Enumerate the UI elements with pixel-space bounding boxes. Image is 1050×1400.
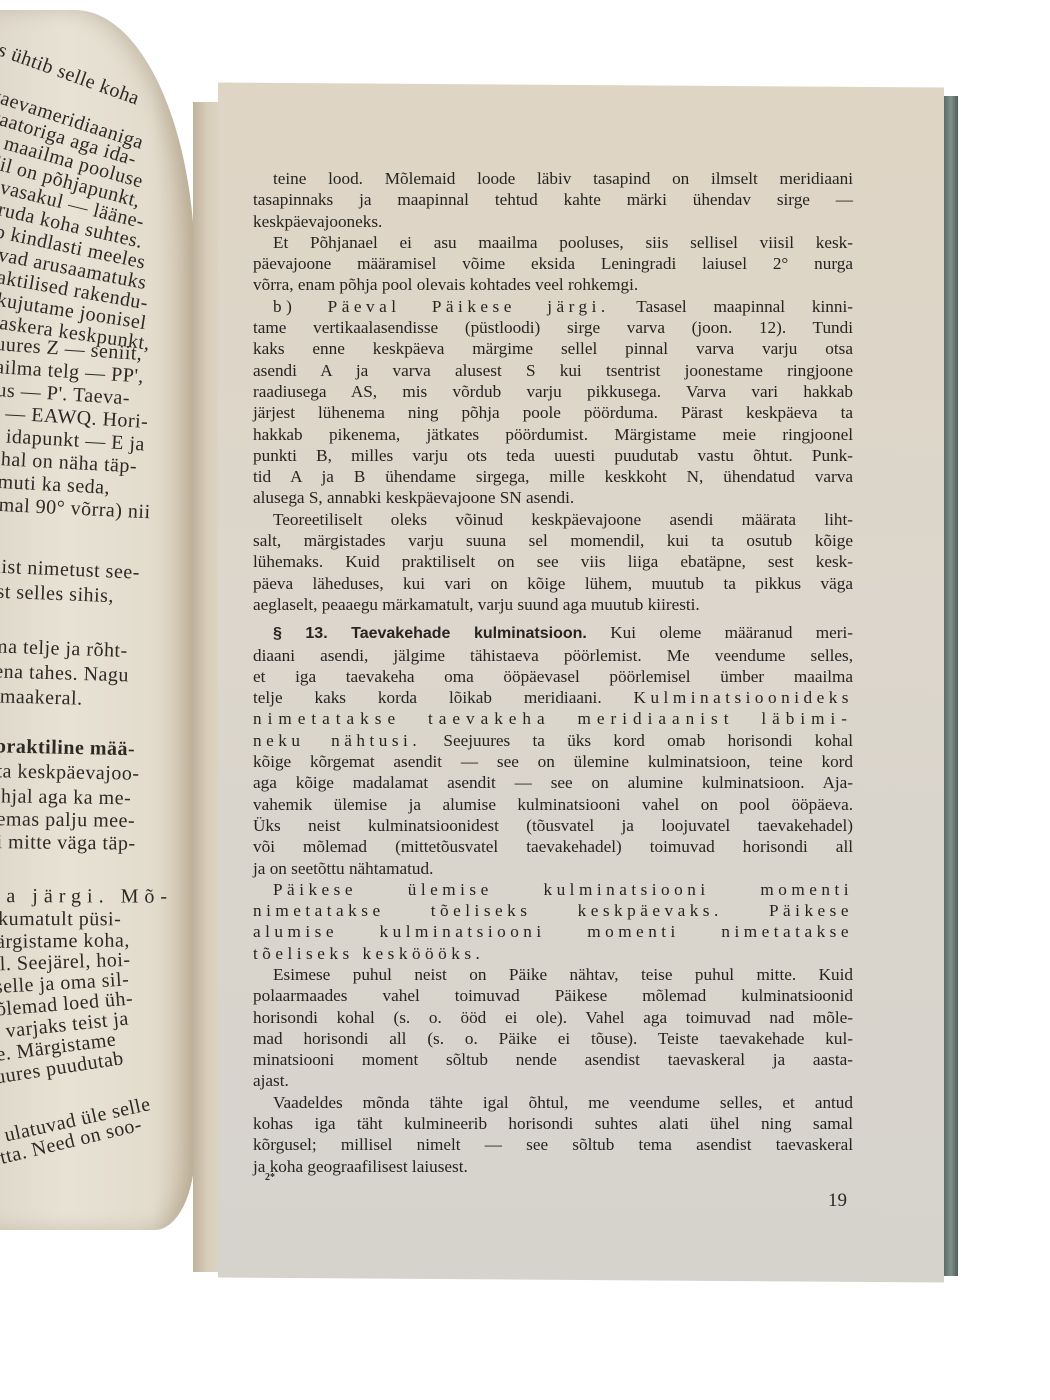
text-line: vahemik ülemise ja alumise kulminatsioon… bbox=[253, 794, 853, 815]
line-text: asendi A ja varva alusest S kui tsentris… bbox=[253, 361, 853, 380]
text-line: võrra, enam põhja pool olevais kohtades … bbox=[253, 274, 853, 295]
book-gutter bbox=[193, 102, 221, 1272]
text-line: järjest lühenema ning põhja poole pöördu… bbox=[253, 402, 853, 423]
text-line: kaks enne keskpäeva märgime sellel pinna… bbox=[253, 338, 853, 359]
text-line: b) Päeval Päikese järgi. Tasasel maapinn… bbox=[253, 296, 853, 317]
left-page-line: ellist nimetust see- bbox=[0, 555, 140, 585]
line-text: Päikese ülemise kulminatsiooni momenti bbox=[273, 880, 853, 899]
subheading-spaced: b) Päeval Päikese järgi. bbox=[273, 297, 610, 316]
left-page-line: rata keskpäevajoo- bbox=[0, 760, 140, 786]
line-text: päeva läheduses, kui vari on kõige lühem… bbox=[253, 574, 853, 593]
section-heading: § 13. Taevakehade kulminatsioon. bbox=[273, 625, 587, 642]
line-text: raadiusega AS, mis võrdub varju pikkuseg… bbox=[253, 382, 853, 401]
text-line: polaarmaades vahel toimuvad Päikese mõle… bbox=[253, 985, 853, 1006]
line-text: Kui oleme määranud meri- bbox=[587, 623, 853, 642]
line-text: tõeliseks kesköööks. bbox=[253, 944, 484, 963]
line-text: nimetatakse tõeliseks keskpäevaks. Päike… bbox=[253, 901, 853, 920]
text-line: ja on seetõttu nähtamatud. bbox=[253, 858, 853, 879]
text-line: Et Põhjanael ei asu maailma pooluses, si… bbox=[253, 232, 853, 253]
line-text: vahemik ülemise ja alumise kulminatsioon… bbox=[253, 795, 853, 814]
emphasis-spaced: Kulminatsioonideks bbox=[634, 688, 853, 707]
text-line: diaani asendi, jälgime tähistaeva pöörle… bbox=[253, 645, 853, 666]
line-text: võrra, enam põhja pool olevais kohtades … bbox=[253, 275, 638, 294]
text-line: § 13. Taevakehade kulminatsioon. Kui ole… bbox=[253, 622, 853, 644]
line-text: aeglaselt, peaaegu märkamatult, varju su… bbox=[253, 595, 700, 614]
left-page-line: olemas palju mee- bbox=[0, 808, 135, 833]
text-line: alusega S, annabki keskpäevajoone SN ase… bbox=[253, 487, 853, 508]
line-text: järjest lühenema ning põhja poole pöördu… bbox=[253, 403, 853, 422]
left-page-line: liikumatult püsi- bbox=[0, 908, 121, 931]
text-line: lühemaks. Kuid praktiliselt on see viis … bbox=[253, 551, 853, 572]
line-text: kõige kõrgemat asendit — see on ülemine … bbox=[253, 752, 853, 771]
line-text: nimetatakse taevakeha meridiaanist läbim… bbox=[253, 709, 853, 728]
text-line: keskpäevajooneks. bbox=[253, 211, 853, 232]
text-line: või mõlemad (mittetõusvatel taevakehadel… bbox=[253, 836, 853, 857]
line-text: punkti B, milles varju ots teda uuesti p… bbox=[253, 446, 853, 465]
line-text: kohas iga täht kulmineerib horisondi suh… bbox=[253, 1114, 853, 1133]
left-page-line: ilma telje ja rõht- bbox=[0, 635, 128, 663]
line-text: Et Põhjanael ei asu maailma pooluses, si… bbox=[273, 233, 853, 252]
text-line: Teoreetiliselt oleks võinud keskpäevajoo… bbox=[253, 509, 853, 530]
line-text: telje kaks korda lõikab meridiaani. bbox=[253, 688, 634, 707]
text-line: nimetatakse tõeliseks keskpäevaks. Päike… bbox=[253, 900, 853, 921]
line-text: keskpäevajooneks. bbox=[253, 212, 382, 231]
text-line: punkti B, milles varju ots teda uuesti p… bbox=[253, 445, 853, 466]
line-text: ja koha geograafilisest laiusest. bbox=[253, 1157, 468, 1176]
text-line: kõige kõrgemat asendit — see on ülemine … bbox=[253, 751, 853, 772]
text-line: tame vertikaalasendisse (püstloodi) sirg… bbox=[253, 317, 853, 338]
line-text: kõrgusel; millisel nimelt — see sõltub t… bbox=[253, 1135, 853, 1154]
line-text: polaarmaades vahel toimuvad Päikese mõle… bbox=[253, 986, 853, 1005]
text-line: telje kaks korda lõikab meridiaani. Kulm… bbox=[253, 687, 853, 708]
line-text: Teoreetiliselt oleks võinud keskpäevajoo… bbox=[273, 510, 853, 529]
text-line: mad horisondi all (s. o. Päike ei tõuse)… bbox=[253, 1028, 853, 1049]
text-line: kohas iga täht kulmineerib horisondi suh… bbox=[253, 1113, 853, 1134]
text-line: asendi A ja varva alusest S kui tsentris… bbox=[253, 360, 853, 381]
text-line: ajast. bbox=[253, 1070, 853, 1091]
line-text: minatsiooni moment sõltub nende asendist… bbox=[253, 1050, 853, 1069]
page-body-text: teine lood. Mõlemaid loode läbiv tasapin… bbox=[253, 168, 853, 1177]
line-text: tasapinnaks ja maapinnal tehtud kahte mä… bbox=[253, 190, 853, 209]
line-text: või mõlemad (mittetõusvatel taevakehadel… bbox=[253, 837, 853, 856]
left-page-line: e praktiline mää- bbox=[0, 735, 135, 761]
text-line: alumise kulminatsiooni momenti nimetatak… bbox=[253, 921, 853, 942]
line-text: Esimese puhul neist on Päike nähtav, tei… bbox=[273, 965, 853, 984]
text-line: raadiusega AS, mis võrdub varju pikkuseg… bbox=[253, 381, 853, 402]
left-page-line: eemal 90° võrra) nii bbox=[0, 493, 151, 524]
line-text: Seejuures ta üks kord omab horisondi koh… bbox=[421, 731, 853, 750]
text-line: horisondi kohal (s. o. ööd ei ole). Vahe… bbox=[253, 1007, 853, 1028]
line-text: lühemaks. Kuid praktiliselt on see viis … bbox=[253, 552, 853, 571]
text-line: aeglaselt, peaaegu märkamatult, varju su… bbox=[253, 594, 853, 615]
text-line: minatsiooni moment sõltub nende asendist… bbox=[253, 1049, 853, 1070]
line-text: Vaadeldes mõnda tähte igal õhtul, me vee… bbox=[273, 1093, 853, 1112]
left-page-line: põhjal aga ka me- bbox=[0, 785, 131, 810]
text-line: et iga taevakeha oma ööpäevasel pöörlemi… bbox=[253, 666, 853, 687]
signature-mark: 2* bbox=[265, 1172, 275, 1183]
text-line: ja koha geograafilisest laiusest. bbox=[253, 1156, 853, 1177]
line-text: mad horisondi all (s. o. Päike ei tõuse)… bbox=[253, 1029, 853, 1048]
text-line: salt, märgistades varju suuna sel momend… bbox=[253, 530, 853, 551]
text-line: päeva läheduses, kui vari on kõige lühem… bbox=[253, 573, 853, 594]
text-line: teine lood. Mõlemaid loode läbiv tasapin… bbox=[253, 168, 853, 189]
text-line: Üks neist kulminatsioonidest (tõusvatel … bbox=[253, 815, 853, 836]
line-text: diaani asendi, jälgime tähistaeva pöörle… bbox=[253, 646, 853, 665]
line-text: kaks enne keskpäeva märgime sellel pinna… bbox=[253, 339, 853, 358]
text-line: päevajoone määramisel võime eksida Lenin… bbox=[253, 253, 853, 274]
line-text: aga kõige madalamat asendit — see on alu… bbox=[253, 773, 853, 792]
line-text: päevajoone määramisel võime eksida Lenin… bbox=[253, 254, 853, 273]
text-line: tid A ja B ühendame sirgega, mille keskk… bbox=[253, 466, 853, 487]
line-text: ja on seetõttu nähtamatud. bbox=[253, 859, 433, 878]
left-page-text: as ühtib selle kohab taevameridiaanigakv… bbox=[0, 10, 195, 1230]
line-text: hakkab pikenema, jätkates pöördumist. Mä… bbox=[253, 425, 853, 444]
line-text: salt, märgistades varju suuna sel momend… bbox=[253, 531, 853, 550]
line-text: alusega S, annabki keskpäevajoone SN ase… bbox=[253, 488, 574, 507]
book-cover-edge bbox=[944, 96, 958, 1276]
text-line: kõrgusel; millisel nimelt — see sõltub t… bbox=[253, 1134, 853, 1155]
left-page-line: st maakeral. bbox=[0, 685, 83, 711]
text-line: neku nähtusi. Seejuures ta üks kord omab… bbox=[253, 730, 853, 751]
text-line: aga kõige madalamat asendit — see on alu… bbox=[253, 772, 853, 793]
text-line: nimetatakse taevakeha meridiaanist läbim… bbox=[253, 708, 853, 729]
line-text: horisondi kohal (s. o. ööd ei ole). Vahe… bbox=[253, 1008, 853, 1027]
left-page: as ühtib selle kohab taevameridiaanigakv… bbox=[0, 10, 195, 1230]
left-page-line: just selles sihis, bbox=[0, 580, 114, 608]
line-text: et iga taevakeha oma ööpäevasel pöörlemi… bbox=[253, 667, 853, 686]
text-line: Vaadeldes mõnda tähte igal õhtul, me vee… bbox=[253, 1092, 853, 1113]
left-page-line: isena tahes. Nagu bbox=[0, 660, 129, 687]
left-page-line: igi mitte väga täp- bbox=[0, 831, 136, 856]
text-line: hakkab pikenema, jätkates pöördumist. Mä… bbox=[253, 424, 853, 445]
text-line: tõeliseks kesköööks. bbox=[253, 943, 853, 964]
emphasis-spaced: neku nähtusi. bbox=[253, 731, 421, 750]
line-text: Tasasel maapinnal kinni- bbox=[610, 297, 853, 316]
text-line: tasapinnaks ja maapinnal tehtud kahte mä… bbox=[253, 189, 853, 210]
line-text: tid A ja B ühendame sirgega, mille keskk… bbox=[253, 467, 853, 486]
page-number: 19 bbox=[828, 1190, 847, 1212]
line-text: teine lood. Mõlemaid loode läbiv tasapin… bbox=[273, 169, 853, 188]
line-text: alumise kulminatsiooni momenti nimetatak… bbox=[253, 922, 853, 941]
text-line: Päikese ülemise kulminatsiooni momenti bbox=[253, 879, 853, 900]
left-page-line: ela järgi. Mõ- bbox=[0, 885, 173, 909]
line-text: Üks neist kulminatsioonidest (tõusvatel … bbox=[253, 816, 853, 835]
line-text: ajast. bbox=[253, 1071, 289, 1090]
text-line: Esimese puhul neist on Päike nähtav, tei… bbox=[253, 964, 853, 985]
line-text: tame vertikaalasendisse (püstloodi) sirg… bbox=[253, 318, 853, 337]
